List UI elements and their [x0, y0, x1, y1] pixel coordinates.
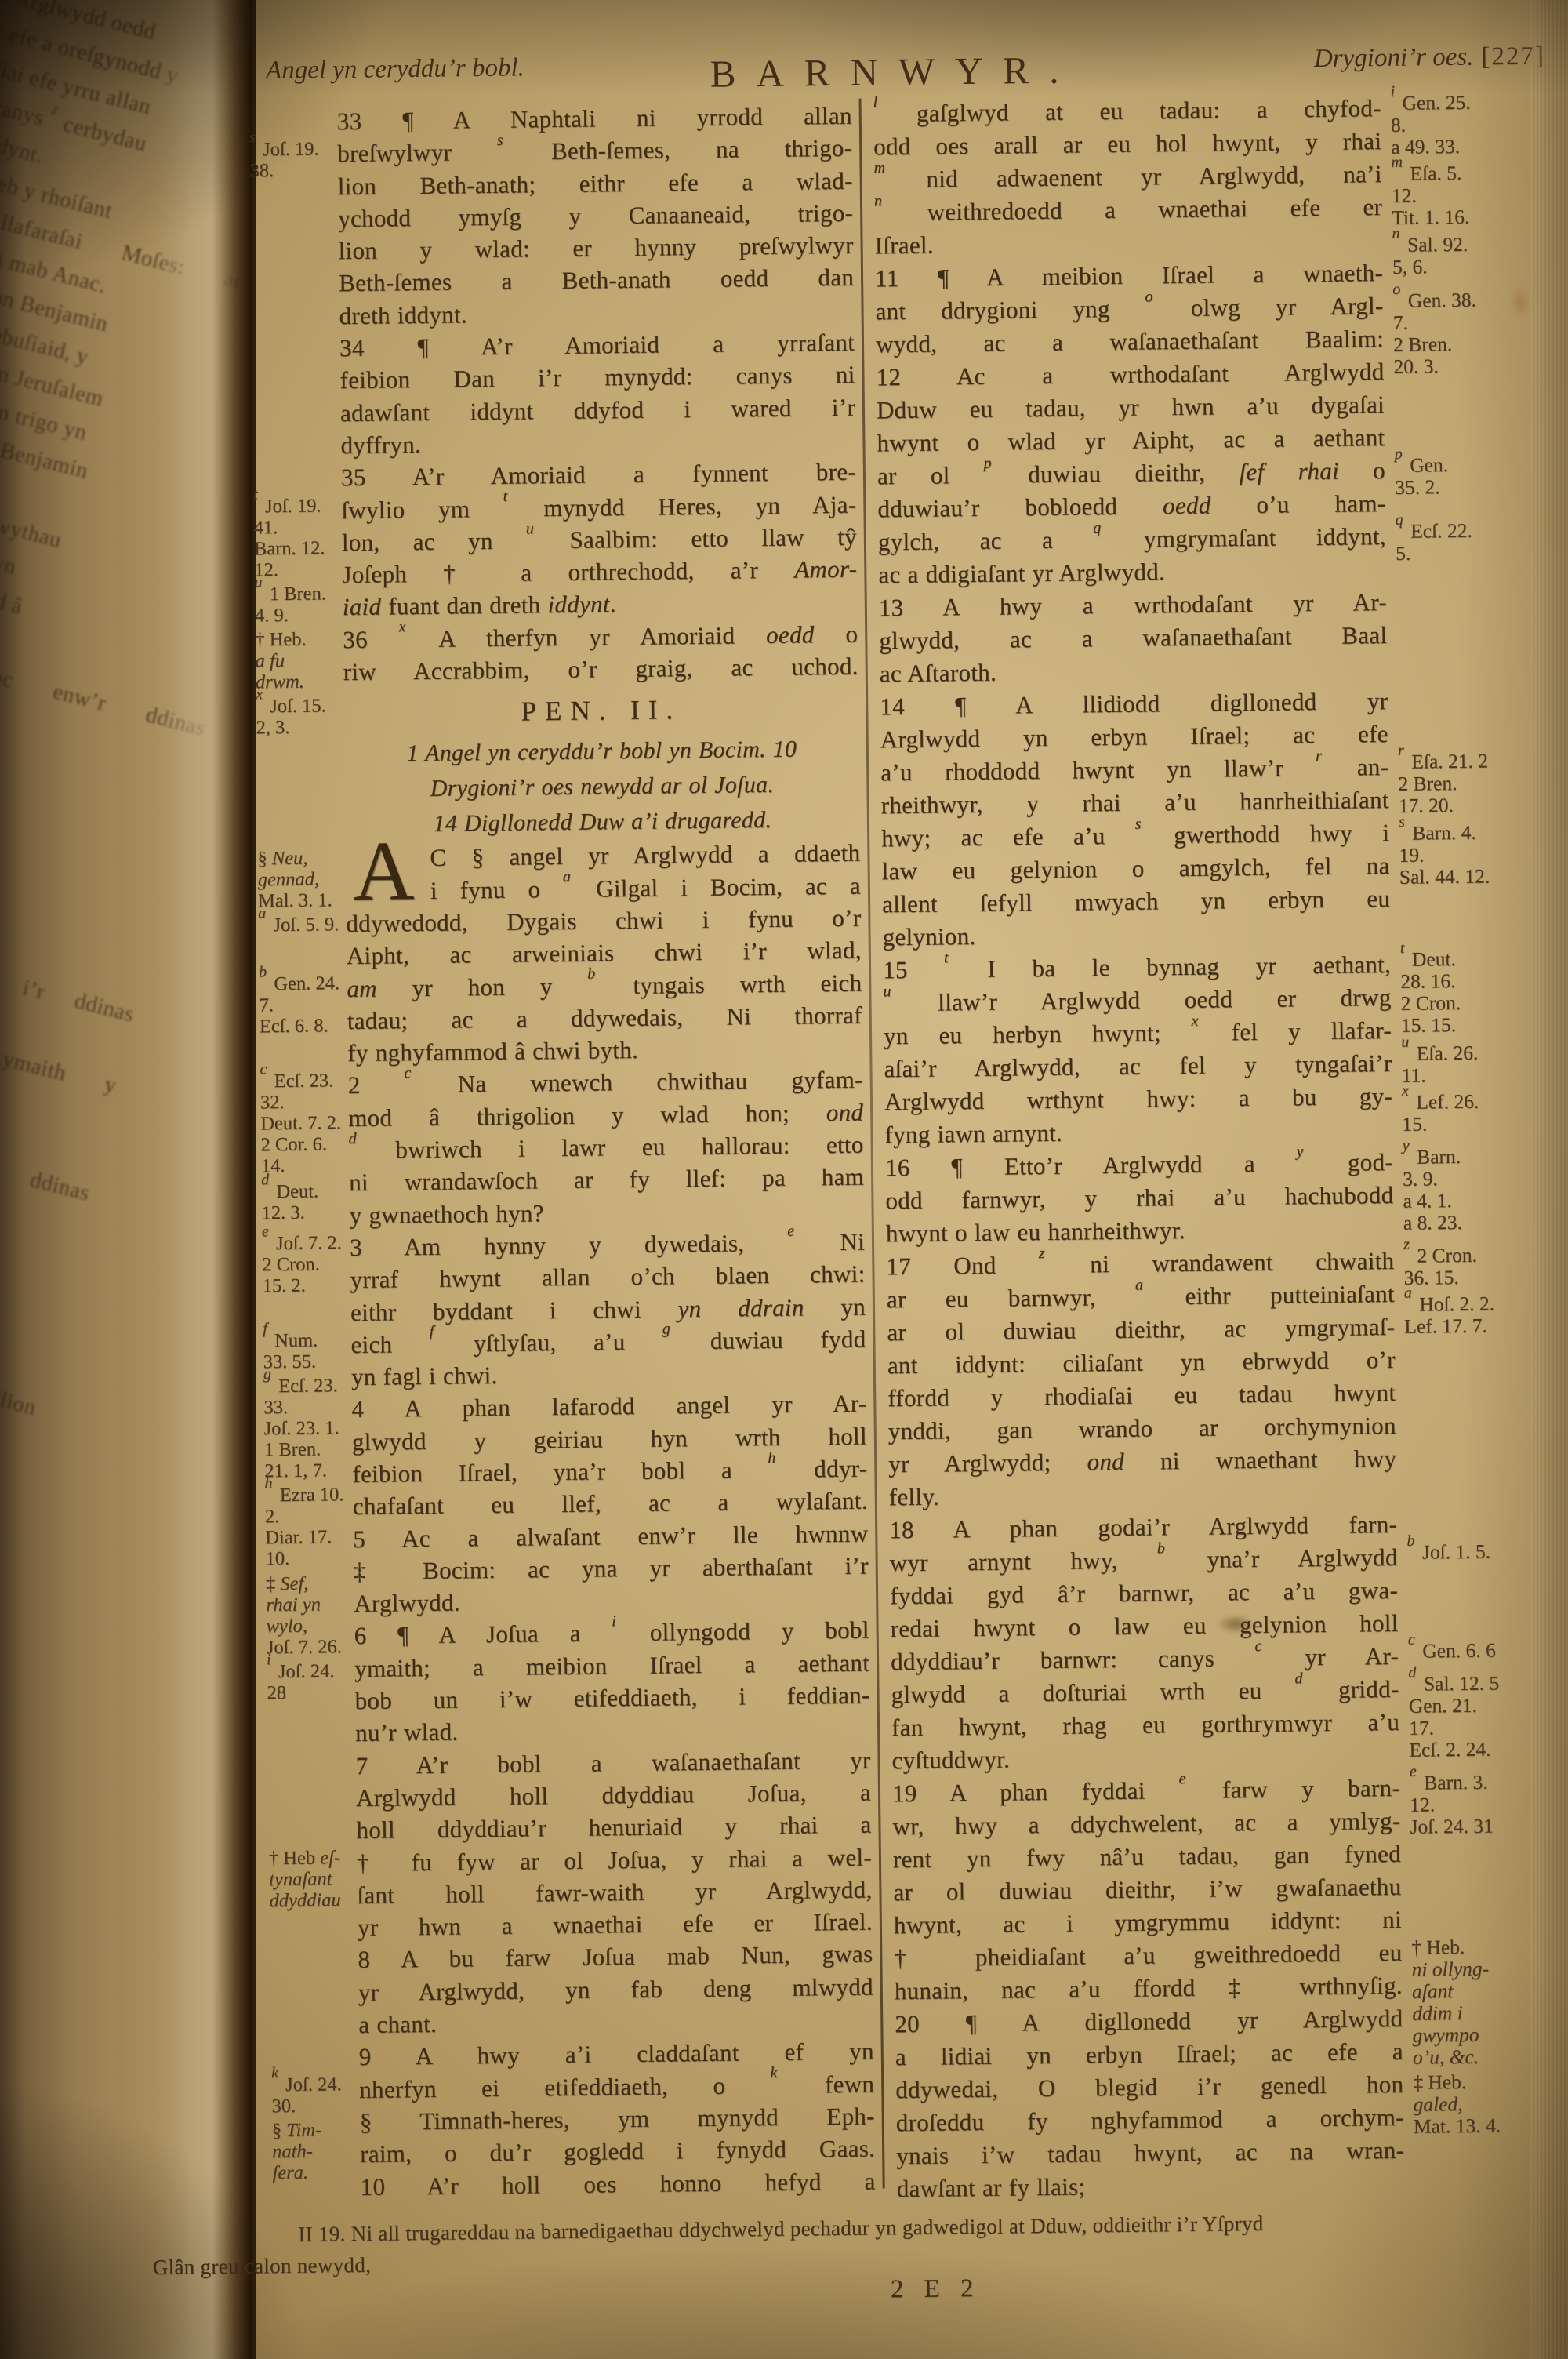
- text-line: glwydd, ac a waſanaethaſant Baal: [879, 620, 1387, 658]
- text-line: ac Aſtaroth.: [880, 652, 1388, 691]
- text-line: yn eu herbyn hwynt; x fel y llafar-: [884, 1015, 1392, 1053]
- text-line: 16 ¶ Etto’r Arglwydd a y god-: [885, 1147, 1393, 1185]
- margin-note: i Joſ. 24. 28: [267, 1660, 349, 1703]
- text-line: ar ol duwiau dieithr, ac ymgrymaſ-: [887, 1311, 1395, 1350]
- running-head-right-text: Drygioni’r oes.: [1314, 43, 1474, 73]
- fore-edge-page-stack: [1530, 0, 1568, 2359]
- text-line: a’u rhoddodd hwynt yn llaw’r r an-: [880, 751, 1388, 790]
- text-line: fyddai gyd â’r barnwr, ac a’u gwa-: [890, 1575, 1398, 1613]
- text-line: ar ol duwiau dieithr, i’w gwaſanaethu: [893, 1871, 1401, 1910]
- margin-note: u 1 Bren.4. 9.: [254, 583, 336, 626]
- margin-note: d Deut.12. 3.: [261, 1180, 343, 1223]
- margin-note: § Tim-nath-ſera.: [272, 2119, 354, 2183]
- margin-note: c Ecſ. 23.32.Deut. 7. 2.2 Cor. 6.14.: [260, 1070, 343, 1176]
- text-line: droſeddu fy nghyfammod a orchym-: [896, 2102, 1404, 2140]
- text-line: hwy; ac efe a’u s gwerthodd hwy i: [881, 817, 1389, 856]
- text-line: 1 Angel yn ceryddu’r bobl yn Bocim. 10: [344, 732, 859, 772]
- margin-note: † Heb.a fudrwm.: [255, 628, 337, 692]
- text-line: hwynt o wlad yr Aipht, ac a aethant: [877, 422, 1385, 460]
- margin-note: † Heb eſ-tynaſantddyddiau: [269, 1847, 351, 1911]
- margin-note: § Neu,gennad,Mal. 3. 1.: [257, 847, 339, 911]
- text-line: 10 A’r holl oes honno hefyd a: [360, 2165, 875, 2204]
- text-line: ynddi, gan wrando ar orchymynion: [888, 1410, 1396, 1448]
- margin-note: f Num.33. 55.: [263, 1329, 345, 1372]
- paper-stain: [1510, 285, 1530, 318]
- text-line: ac a ddigiaſant yr Arglwydd.: [878, 554, 1386, 592]
- text-column-left: A 33 ¶ A Naphtali ni yrrodd allanbreſwyl…: [337, 100, 876, 2204]
- text-line: Arglwydd wrthynt hwy: a bu gy-: [884, 1081, 1392, 1119]
- text-line: 20 ¶ A digllonedd yr Arglwydd: [895, 2003, 1403, 2041]
- text-line: rent yn fwy nâ’u tadau, gan fyned: [893, 1838, 1401, 1877]
- text-column-right: l gaſglwyd at eu tadau: a chyfod-odd oes…: [873, 93, 1404, 2206]
- text-line: ar ol p duwiau dieithr, ſef rhai o: [877, 455, 1385, 493]
- text-line: aſai’r Arglwydd, ac fel y tyngaſai’r: [884, 1048, 1392, 1086]
- text-line: Arglwydd yn erbyn Iſrael; ac efe: [880, 718, 1388, 757]
- text-line: ynais i’w tadau hwynt, ac na wran-: [896, 2135, 1404, 2173]
- text-line: hwynt, ac i ymgrymmu iddynt: ni: [894, 1904, 1402, 1943]
- text-line: redai hwynt o law eu gelynion holl: [890, 1608, 1398, 1646]
- text-line: Dduw eu tadau, yr hwn a’u dygaſai: [877, 389, 1385, 427]
- text-line: a lidiai yn erbyn Iſrael; ac efe a: [895, 2036, 1403, 2074]
- margin-note: g Ecſ. 23.33.Joſ. 23. 1.1 Bren.21. 1, 7.: [263, 1375, 347, 1481]
- text-line: fan hwynt, rhag eu gorthrymwyr a’u: [891, 1707, 1399, 1745]
- text-line: Iſrael.: [874, 224, 1382, 263]
- text-line: wydd, ac a waſanaethaſant Baalim:: [876, 323, 1384, 362]
- text-line: odd farnwyr, y rhai a’u hachubodd: [885, 1179, 1393, 1218]
- margin-note: ‡ Sef,rhai ynwylo,Joſ. 7. 26.: [266, 1572, 348, 1658]
- text-line: PEN. II.: [343, 683, 859, 737]
- text-line: felly.: [889, 1476, 1397, 1514]
- text-line: 19 A phan fyddai e farw y barn-: [892, 1772, 1400, 1811]
- text-line: allent ſefyll mwyach yn erbyn eu: [882, 883, 1390, 921]
- text-line: † pheidiaſant a’u gweithredoedd eu: [894, 1937, 1402, 1976]
- text-line: ant iddynt: ciliaſant yn ebrwydd o’r: [887, 1344, 1396, 1383]
- text-line: ffordd y rhodiaſai eu tadau hwynt: [887, 1377, 1396, 1416]
- text-line: u llaw’r Arglwydd oedd er drwg: [883, 982, 1391, 1020]
- text-line: odd oes arall ar eu hol hwynt, y rhai: [873, 125, 1381, 164]
- text-line: law eu gelynion o amgylch, fel na: [881, 850, 1389, 889]
- text-line: cyſtuddwyr.: [891, 1739, 1399, 1778]
- text-line: ant ddrygioni yng o olwg yr Argl-: [875, 290, 1383, 329]
- text-line: fyng iawn arnynt.: [884, 1114, 1392, 1152]
- drop-cap: A: [343, 839, 424, 904]
- text-line: gylch, ac a q ymgrymaſant iddynt,: [878, 521, 1386, 559]
- text-line: dduwiau’r bobloedd oedd o’u ham-: [877, 488, 1385, 526]
- running-head-right: Drygioni’r oes.[227]: [1153, 42, 1545, 76]
- text-line: dd y Canaaneaid k breſwylio: [0, 1392, 13, 1534]
- margin-note: k Joſ. 24.30.: [271, 2074, 354, 2117]
- text-line: dawſant ar fy llais;: [897, 2168, 1405, 2206]
- text-line: 18 A phan godai’r Arglwydd farn-: [889, 1509, 1397, 1547]
- text-line: ar eu barnwyr, a eithr putteiniaſant: [887, 1278, 1395, 1317]
- text-line: ddywedai, O blegid i’r genedl hon: [895, 2069, 1403, 2107]
- margin-note: t Joſ. 19.41.Barn. 12.12.: [253, 495, 336, 580]
- book-page-photo: ac Ecron a’i therfynau19 x A’r Arglwydd …: [0, 0, 1568, 2359]
- text-line: n weithredoedd a wnaethai efe er: [874, 191, 1382, 230]
- book-title: BARNWYR.: [675, 47, 1115, 96]
- text-line: yr Arglwydd; ond ni wnaethant hwy: [888, 1443, 1396, 1481]
- margin-note: b Gen. 24.7.Ecſ. 6. 8.: [259, 972, 341, 1037]
- margin-note: x Joſ. 15.2, 3.: [256, 695, 338, 738]
- text-line: hwynt o law eu hanrheithwyr.: [886, 1212, 1394, 1251]
- running-head-left: Angel yn ceryddu’r bobl.: [266, 53, 524, 85]
- page-content: Angel yn ceryddu’r bobl. BARNWYR. Drygio…: [0, 0, 1568, 2359]
- footnote-line-1: II 19. Ni all trugareddau na barnedigaet…: [298, 2208, 1529, 2247]
- margin-note: h Ezra 10.2.Diar. 17.10.: [265, 1484, 347, 1569]
- text-line: Drygioni’r oes newydd ar ol Joſua.: [344, 767, 859, 808]
- text-line: glwydd a doſturiai wrth eu d gridd-: [891, 1674, 1399, 1712]
- text-line: wyr arnynt hwy, b yna’r Arglwydd: [889, 1542, 1397, 1580]
- text-line: 11 ¶ A meibion Iſrael a wnaeth-: [875, 257, 1383, 296]
- footnote-line-2: Glân greu calon newydd,: [153, 2253, 372, 2280]
- margin-note: e Joſ. 7. 2.2 Cron.15. 2.: [262, 1232, 344, 1296]
- text-line: 14 ¶ A llidiodd digllonedd yr: [880, 685, 1388, 724]
- text-line: l gaſglwyd at eu tadau: a chyfod-: [873, 93, 1381, 131]
- text-line: m nid adwaenent yr Arglwydd, na’i: [873, 158, 1381, 197]
- margin-note: a Joſ. 5. 9.: [258, 914, 339, 936]
- text-line: 14 Digllonedd Duw a’i drugaredd.: [345, 802, 860, 843]
- text-line: ddyddiau’r barnwr: canys c yr Ar-: [891, 1641, 1399, 1679]
- text-line: 15 t I ba le bynnag yr aethant,: [883, 949, 1391, 987]
- text-line: hunain, nac a’u ffordd ‡ wrthnyſig.: [895, 1970, 1403, 2008]
- paper-stain: [1217, 1614, 1254, 1634]
- text-line: 13 A hwy a wrthodaſant yr Ar-: [879, 587, 1387, 625]
- signature-mark: 2 E 2: [841, 2274, 1029, 2305]
- margin-note: s Joſ. 19.38.: [249, 138, 332, 181]
- text-line: wlad honno.: [0, 1427, 5, 1569]
- text-line: gelynion.: [882, 916, 1390, 954]
- text-line: 12 Ac a wrthodaſant Arglwydd: [876, 356, 1384, 394]
- text-line: wr, hwy a ddychwelent, ac a ymlyg-: [892, 1805, 1400, 1844]
